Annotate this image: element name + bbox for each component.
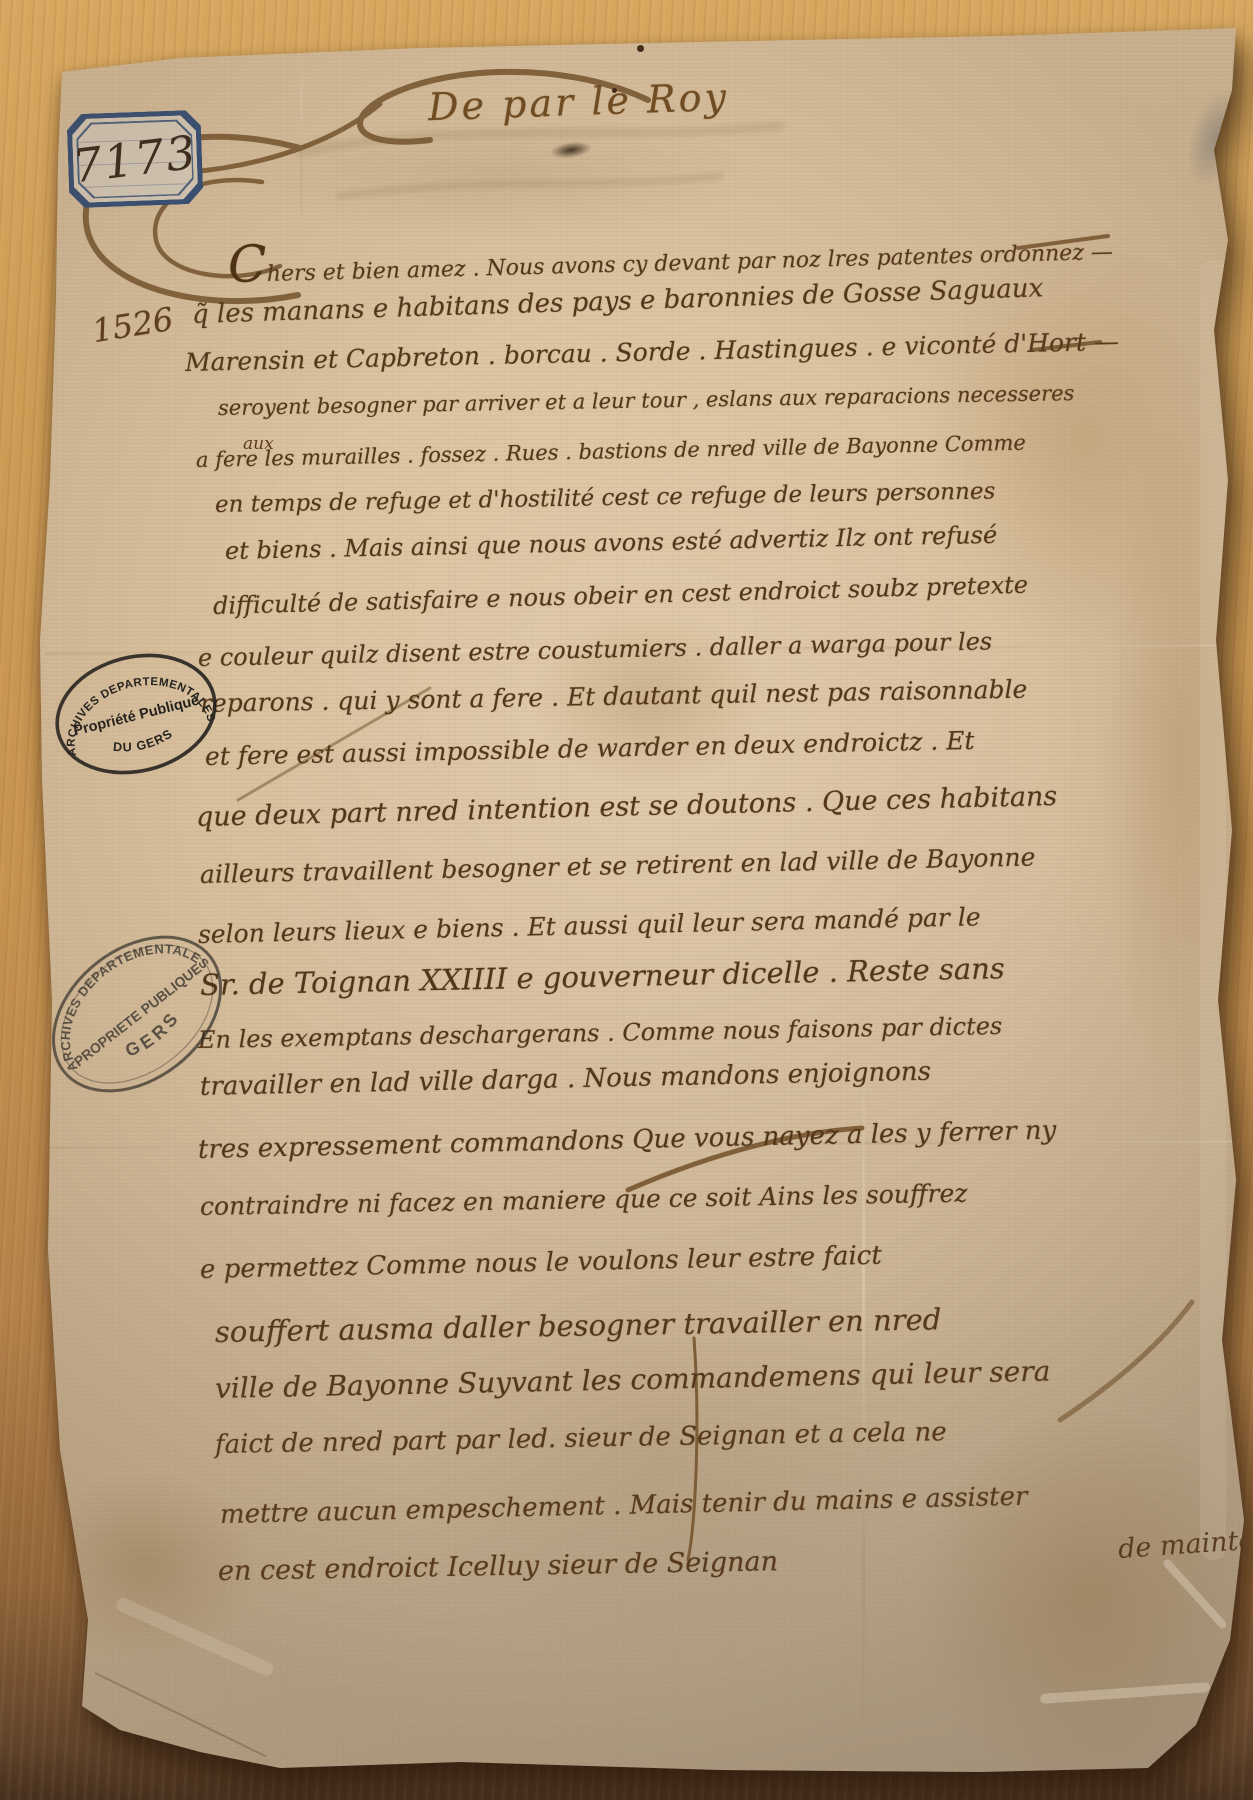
paper-edge-vignette xyxy=(0,0,1253,1800)
ink-dot xyxy=(519,14,523,18)
ink-dot xyxy=(531,36,534,39)
paper-shadow-wrapper: De par le Roy 7173 1526 aux Chers et bie… xyxy=(0,0,1253,1800)
photograph-of-manuscript: De par le Roy 7173 1526 aux Chers et bie… xyxy=(0,0,1253,1800)
manuscript-page: De par le Roy 7173 1526 aux Chers et bie… xyxy=(0,0,1253,1800)
